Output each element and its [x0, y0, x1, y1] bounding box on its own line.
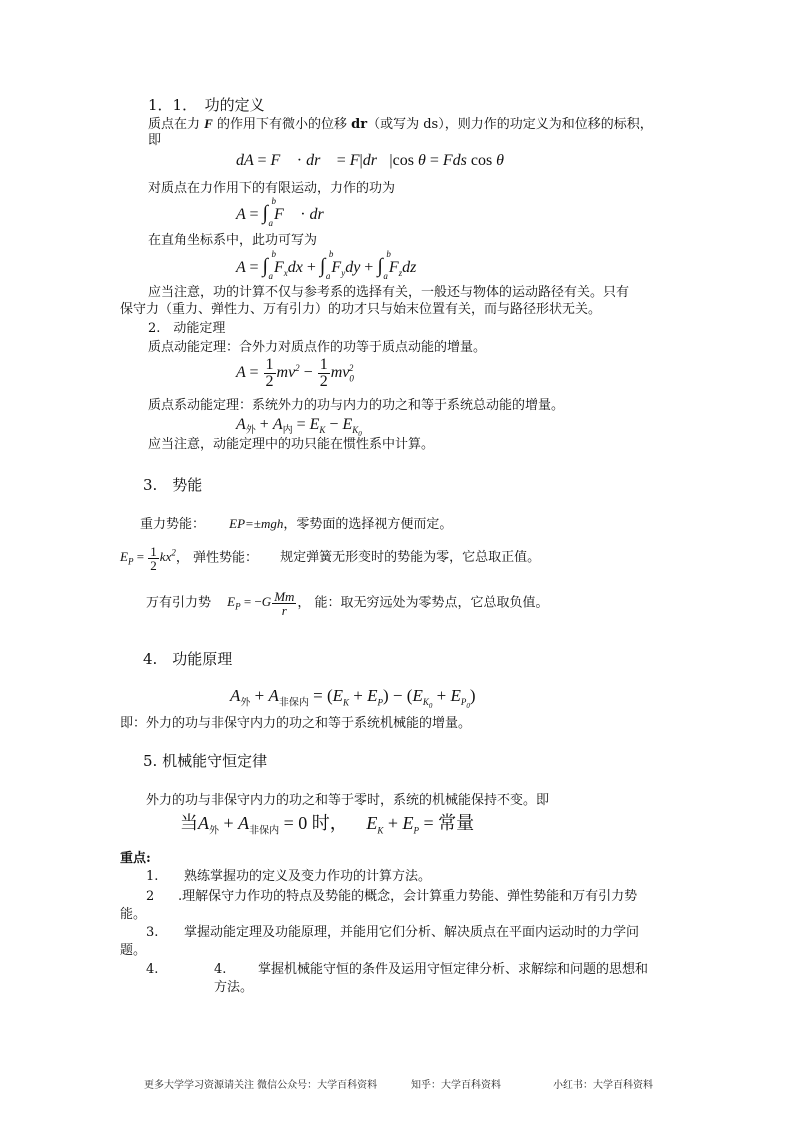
- universal-potential-line: 万有引力势 EP = −GMmr， 能：取无穷远处为零势点，它总取负值。: [146, 590, 549, 617]
- key-point-4-text-line2: 方法。: [214, 980, 253, 996]
- cartesian-text: 在直角坐标系中，此功可写为: [148, 233, 317, 249]
- intro-text-a: 质点在力: [148, 117, 200, 132]
- key-point-1-num: 1.: [146, 869, 158, 885]
- section-3-heading: 3. 势能: [143, 476, 202, 494]
- section-5-heading: 5. 机械能守恒定律: [143, 752, 267, 770]
- universal-label: 万有引力势: [146, 595, 211, 610]
- elastic-potential-line: EP = 12kx2， 弹性势能： 规定弹簧无形变时的势能为零，它总取正值。: [120, 545, 540, 572]
- inertial-note: 应当注意，动能定理中的功只能在惯性系中计算。: [148, 437, 434, 453]
- section-4-heading: 4. 功能原理: [143, 650, 232, 668]
- key-point-4-text-line1: 掌握机械能守恒的条件及运用守恒定律分析、求解综和问题的思想和: [258, 962, 648, 978]
- particle-theorem-text: 质点动能定理：合外力对质点作的功等于质点动能的增量。: [148, 340, 486, 356]
- equation-conservation: 当A外 + A非保内 = 0 时， EK + EP = 常量: [180, 809, 474, 837]
- section-2-heading: 2. 动能定理: [148, 321, 225, 337]
- force-symbol: F: [204, 116, 213, 131]
- universal-equation: EP = −GMmr: [227, 594, 297, 609]
- universal-text: ， 能：取无穷远处为零势点，它总取负值。: [297, 595, 548, 610]
- elastic-equation: EP = 12kx2: [120, 549, 176, 564]
- gravity-label: 重力势能：: [140, 517, 205, 532]
- key-point-2-text-line2: 能。: [120, 907, 146, 923]
- intro-text-b: 的作用下有微小的位移: [217, 117, 347, 132]
- conservation-mid: = 0 时，: [284, 813, 348, 833]
- key-point-2-text-line1: .理解保守力作功的特点及势能的概念，会计算重力势能、弹性势能和万有引力势: [178, 889, 637, 905]
- conservation-suffix: = 常量: [423, 813, 474, 833]
- system-theorem-text: 质点系动能定理：系统外力的功与内力的功之和等于系统总动能的增量。: [148, 398, 564, 414]
- footer-zhihu: 知乎：大学百科资料: [411, 1076, 501, 1091]
- note-line-2: 保守力（重力、弹性力、万有引力）的功才只与始末位置有关，而与路径形状无关。: [120, 302, 601, 318]
- equation-system-kinetic-energy: A外 + A内 = EK − EK0: [236, 416, 362, 438]
- section-1-heading: 1．1． 功的定义: [148, 96, 265, 114]
- intro-line-2: 即: [148, 133, 161, 149]
- elastic-text: 规定弹簧无形变时的势能为零，它总取正值。: [280, 550, 540, 565]
- gravity-text: ，零势面的选择视方便而定。: [283, 517, 452, 532]
- equation-work-cartesian: A = ∫baFxdx + ∫baFydy + ∫baFzdz: [236, 255, 416, 278]
- equation-work-integral: A = ∫baF⃗ · dr⃗: [236, 202, 336, 225]
- section-1-intro: 质点在力 F 的作用下有微小的位移 dr（或写为 ds），则力作的功定义为和位移…: [148, 116, 653, 133]
- equation-kinetic-energy-theorem: A = 12mv2 − 12mv02: [236, 357, 353, 390]
- conservation-prefix: 当: [180, 813, 198, 833]
- finite-motion-text: 对质点在力作用下的有限运动，力作的功为: [148, 181, 395, 197]
- key-point-1-text: 熟练掌握功的定义及变力作功的计算方法。: [184, 869, 431, 885]
- intro-text-c: （或写为 ds），则力作的功定义为和位移的标积，: [367, 117, 653, 132]
- equation-work-energy-principle: A外 + A非保内 = (EK + EP) − (EK0 + EP0): [230, 686, 476, 710]
- key-points-title: 重点:: [120, 851, 151, 867]
- work-energy-principle-text: 即：外力的功与非保守内力的功之和等于系统机械能的增量。: [120, 716, 471, 732]
- footer-xiaohongshu: 小红书：大学百科资料: [553, 1076, 653, 1091]
- displacement-symbol: dr: [351, 117, 367, 132]
- gravity-equation: EP=±mgh: [229, 516, 283, 531]
- key-point-4-num: 4.: [146, 962, 158, 978]
- conservation-text: 外力的功与非保守内力的功之和等于零时，系统的机械能保持不变。即: [146, 793, 549, 809]
- gravity-potential-line: 重力势能： EP=±mgh，零势面的选择视方便而定。: [140, 516, 452, 533]
- note-line-1: 应当注意，功的计算不仅与参考系的选择有关，一般还与物体的运动路径有关。只有: [148, 285, 629, 301]
- key-point-3-num: 3.: [146, 925, 158, 941]
- key-point-3-text-line1: 掌握动能定理及功能原理，并能用它们分析、解决质点在平面内运动时的力学问: [184, 925, 639, 941]
- equation-work-differential: dA = F⃗ · dr⃗ = F|dr⃗|cos θ = Fds cos θ: [236, 152, 504, 170]
- elastic-label: ， 弹性势能：: [176, 550, 258, 565]
- footer-wechat: 更多大学学习资源请关注 微信公众号：大学百科资料: [144, 1076, 377, 1091]
- key-point-4-inner-num: 4.: [214, 962, 226, 978]
- key-point-3-text-line2: 题。: [120, 943, 146, 959]
- key-point-2-num: 2: [146, 889, 154, 905]
